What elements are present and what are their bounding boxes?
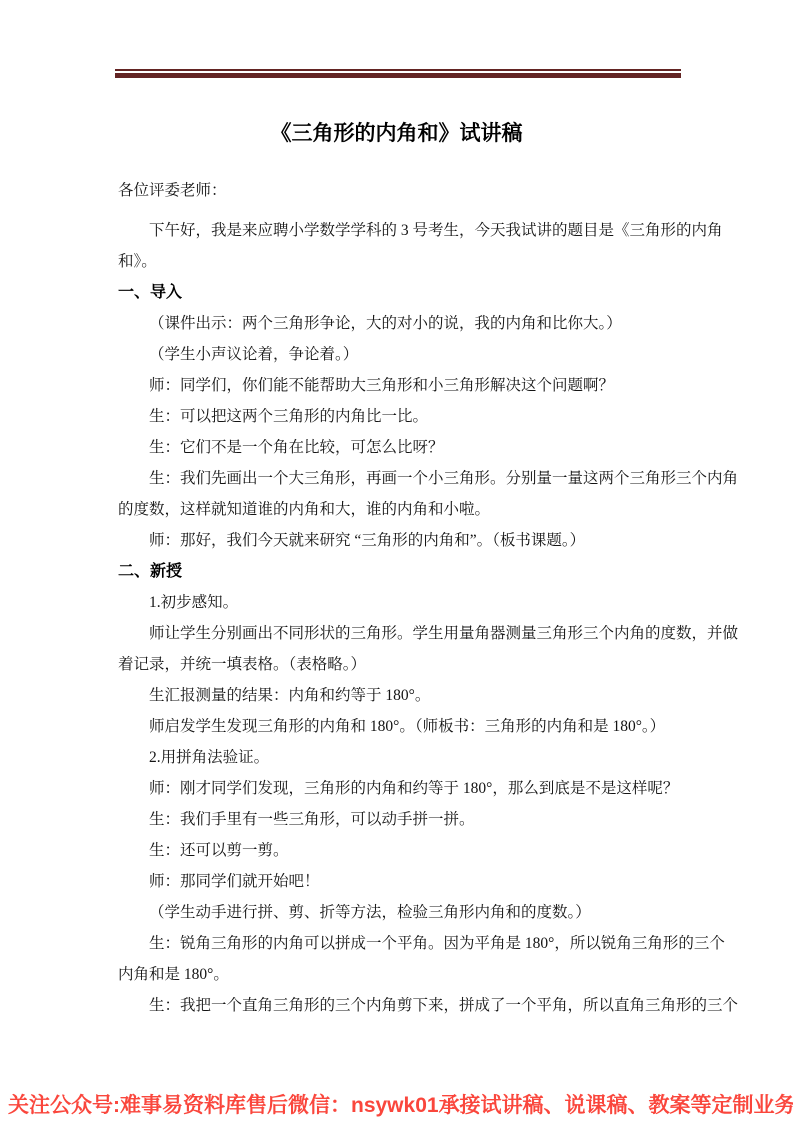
footer-support-wechat: 售后微信：nsywk01 — [246, 1094, 439, 1118]
doc-text-line: （学生小声议论着，争论着。） — [118, 339, 678, 370]
doc-text-line: 师：那同学们就开始吧！ — [118, 866, 678, 897]
header-divider — [115, 69, 681, 78]
doc-text-line: 生：可以把这两个三角形的内角比一比。 — [118, 401, 678, 432]
doc-text-line: 生汇报测量的结果：内角和约等于 180°。 — [118, 680, 678, 711]
doc-text-line: 生：还可以剪一剪。 — [118, 835, 678, 866]
doc-text-line: 2.用拼角法验证。 — [118, 742, 678, 773]
doc-text-line: 生：我们手里有一些三角形，可以动手拼一拼。 — [118, 804, 678, 835]
doc-text-line: 师启发学生发现三角形的内角和 180°。（师板书：三角形的内角和是 180°。） — [118, 711, 678, 742]
doc-text-line: 生：它们不是一个角在比较，可怎么比呀？ — [118, 432, 678, 463]
doc-text-line: 师：刚才同学们发现，三角形的内角和约等于 180°，那么到底是不是这样呢？ — [118, 773, 678, 804]
doc-text-line: 师：同学们，你们能不能帮助大三角形和小三角形解决这个问题啊？ — [118, 370, 678, 401]
doc-text-line: 生：锐角三角形的内角可以拼成一个平角。因为平角是 180°，所以锐角三角形的三个 — [118, 928, 678, 959]
doc-text-line: 和》。 — [118, 246, 678, 277]
doc-heading-line: 二、新授 — [118, 556, 678, 587]
doc-text-line: （课件出示：两个三角形争论，大的对小的说，我的内角和比你大。） — [118, 308, 678, 339]
doc-heading-line: 一、导入 — [118, 277, 678, 308]
doc-text-line: 生：我们先画出一个大三角形，再画一个小三角形。分别量一量这两个三角形三个内角 — [118, 463, 678, 494]
doc-text-line: 生：我把一个直角三角形的三个内角剪下来，拼成了一个平角，所以直角三角形的三个 — [118, 990, 678, 1021]
doc-text-line: 1.初步感知。 — [118, 587, 678, 618]
header-divider-thick-line — [115, 73, 681, 78]
footer-banner: 关注公众号:难事易资料库 售后微信：nsywk01 承接试讲稿、说课稿、教案等定… — [8, 1094, 788, 1118]
doc-text-line: 着记录，并统一填表格。（表格略。） — [118, 649, 678, 680]
doc-text-line: 的度数，这样就知道谁的内角和大，谁的内角和小啦。 — [118, 494, 678, 525]
footer-wechat-account: 关注公众号:难事易资料库 — [8, 1094, 246, 1118]
doc-text-line: 师：那好，我们今天就来研究 “三角形的内角和”。（板书课题。） — [118, 525, 678, 556]
doc-text-line: 内角和是 180°。 — [118, 959, 678, 990]
doc-text-line: 各位评委老师： — [118, 175, 678, 206]
doc-text-line: 下午好，我是来应聘小学数学学科的 3 号考生，今天我试讲的题目是《三角形的内角 — [118, 215, 678, 246]
doc-text-line: 师让学生分别画出不同形状的三角形。学生用量角器测量三角形三个内角的度数，并做 — [118, 618, 678, 649]
document-title: 《三角形的内角和》试讲稿 — [0, 120, 793, 148]
footer-services: 承接试讲稿、说课稿、教案等定制业务 — [439, 1094, 793, 1118]
document-page: 《三角形的内角和》试讲稿 各位评委老师：下午好，我是来应聘小学数学学科的 3 号… — [0, 0, 793, 1122]
document-body: 各位评委老师：下午好，我是来应聘小学数学学科的 3 号考生，今天我试讲的题目是《… — [118, 175, 678, 1021]
doc-text-line: （学生动手进行拼、剪、折等方法，检验三角形内角和的度数。） — [118, 897, 678, 928]
